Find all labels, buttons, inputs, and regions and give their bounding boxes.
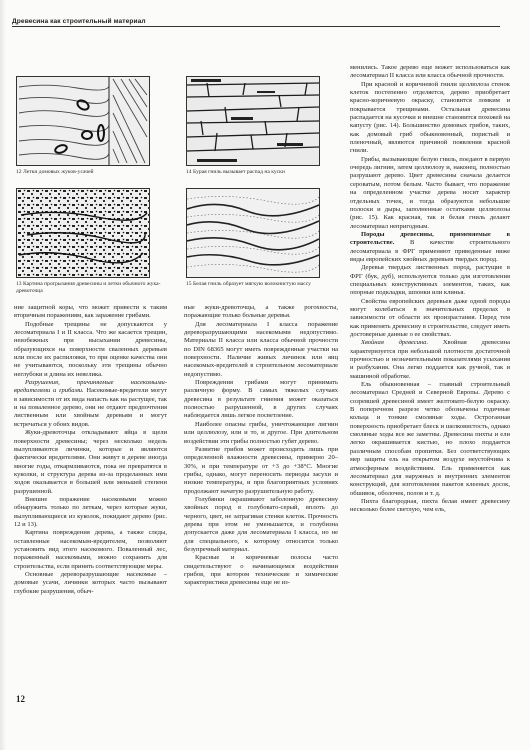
paragraph: Деревья твердых лиственных пород, растущ… <box>350 264 510 297</box>
figure-15-white-rot <box>186 188 320 278</box>
paragraph: Развитие грибов может происходить лишь п… <box>184 446 338 496</box>
paragraph: Подобные трещины не допускаются у лесома… <box>14 321 167 379</box>
brown-rot-illustration-icon <box>187 77 319 165</box>
paragraph: Для лесоматериала I класса поражение дер… <box>184 321 338 379</box>
page-gutter-shadow <box>0 0 6 750</box>
figure-13-woodworm-damage <box>16 188 150 278</box>
paragraph: Наиболее опасны грибы, уничтожающие лигн… <box>184 421 338 446</box>
paragraph: менились. Такое дерево еще может использ… <box>350 64 510 81</box>
text-column-left: ние защитной коры, что может привести к … <box>14 304 167 596</box>
figure-14-caption: 14 Бурая гниль вызывает распад на куски <box>186 169 336 176</box>
paragraph: Грибы, вызывающие белую гниль, поедают в… <box>350 156 510 231</box>
figure-13-caption: 13 Картина прогрызания древесины и летки… <box>16 281 164 295</box>
paragraph: Хвойная древесина. Хвойная древесина хар… <box>350 339 510 381</box>
white-rot-illustration-icon <box>187 189 319 277</box>
running-head: Древесина как строительный материал <box>12 18 500 27</box>
paragraph: Повреждения грибами могут принимать разл… <box>184 379 338 421</box>
paragraph: ние защитной коры, что может привести к … <box>14 304 167 321</box>
section-subheading-italic: Хвойная древесина. <box>361 339 428 346</box>
paragraph: Разрушения, причиняемые насекомыми-вреди… <box>14 379 167 429</box>
text-column-right: менились. Такое дерево еще может использ… <box>350 64 510 515</box>
book-page: Древесина как строительный материал <box>0 0 530 750</box>
paragraph: ные жуки-древоточцы, а также рогохвосты,… <box>184 304 338 321</box>
text-column-middle: ные жуки-древоточцы, а также рогохвосты,… <box>184 304 338 588</box>
woodworm-illustration-icon <box>17 189 149 277</box>
figure-12-beetle-exit-holes <box>16 76 150 166</box>
paragraph: Ель обыкновенная – главный строительный … <box>350 381 510 498</box>
paragraph: Голубянки окрашивают заболонную древесин… <box>184 496 338 554</box>
paragraph: Свойства европейских деревьев даже одной… <box>350 298 510 340</box>
page-number: 12 <box>16 694 25 704</box>
paragraph: Основные дереворазрушающие насекомые – д… <box>14 571 167 596</box>
figure-14-brown-rot <box>186 76 320 166</box>
paragraph: При красной и коричневой гнили целлюлоза… <box>350 81 510 156</box>
paragraph: Картина повреждения дерева, а также след… <box>14 529 167 571</box>
paragraph: Породы древесины, применяемые в строител… <box>350 231 510 264</box>
wood-grain-illustration-icon <box>17 77 149 165</box>
paragraph: Внешне поражение насекомыми можно обнару… <box>14 496 167 529</box>
paragraph: Пихта благородная, пихта белая имеет дре… <box>350 498 510 515</box>
figure-15-caption: 15 Белая гниль образует мягкую волокнист… <box>186 281 336 288</box>
paragraph: Красные и коричневые полосы часто свидет… <box>184 554 338 587</box>
paragraph: Жуки-древоточцы откладывают яйца в щели … <box>14 429 167 496</box>
figure-12-caption: 12 Летки домовых жуков-усачей <box>16 169 156 176</box>
